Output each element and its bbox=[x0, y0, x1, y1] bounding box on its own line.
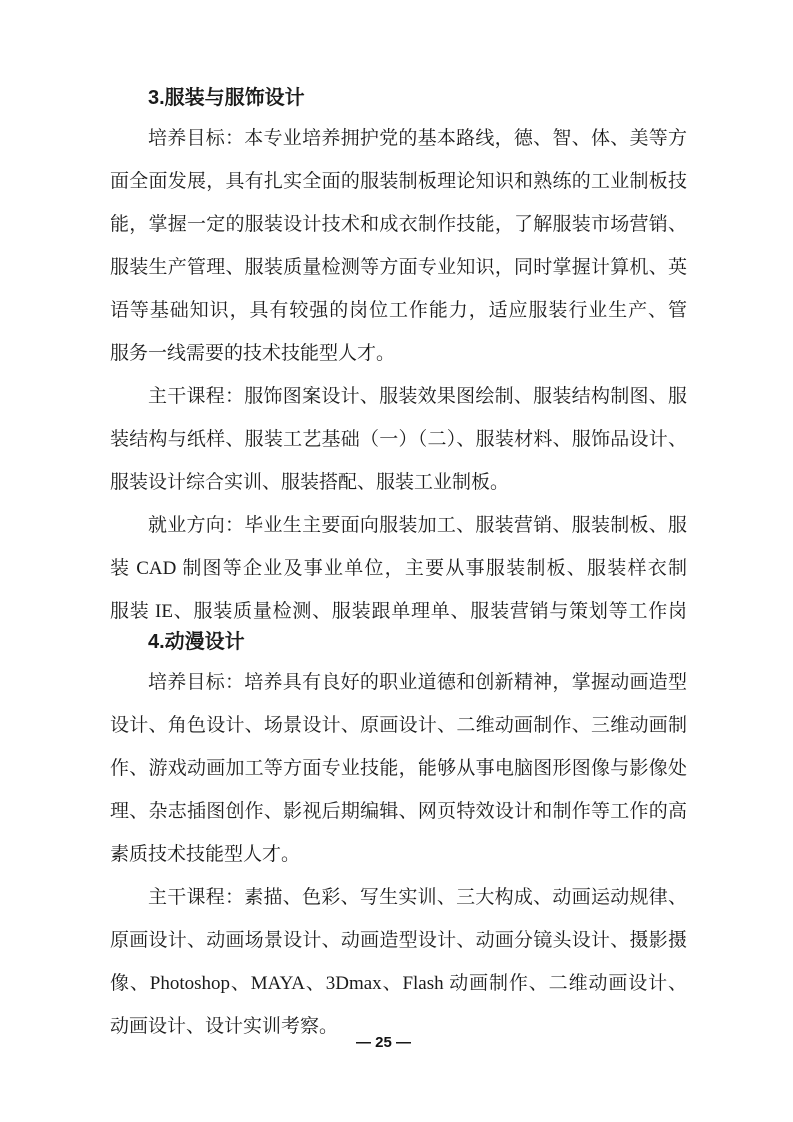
text-line: 服务一线需要的技术技能型人才。 bbox=[110, 332, 687, 375]
text-line: 原画设计、动画场景设计、动画造型设计、动画分镜头设计、摄影摄 bbox=[110, 919, 687, 962]
text-line: 语等基础知识，具有较强的岗位工作能力，适应服装行业生产、管理、 bbox=[110, 289, 687, 332]
text-line: 就业方向：毕业生主要面向服装加工、服装营销、服装制板、服 bbox=[110, 504, 687, 547]
document-page: 3.服装与服饰设计培养目标：本专业培养拥护党的基本路线，德、智、体、美等方面全面… bbox=[0, 0, 793, 1122]
text-line: 装 CAD 制图等企业及事业单位，主要从事服装制板、服装样衣制作、 bbox=[110, 547, 687, 590]
text-line: 像、Photoshop、MAYA、3Dmax、Flash 动画制作、二维动画设计… bbox=[110, 962, 687, 1005]
paragraph: 就业方向：毕业生主要面向服装加工、服装营销、服装制板、服装 CAD 制图等企业及… bbox=[110, 504, 687, 633]
text-line: 理、杂志插图创作、影视后期编辑、网页特效设计和制作等工作的高 bbox=[110, 790, 687, 833]
section-heading: 3.服装与服饰设计 bbox=[110, 79, 687, 117]
text-line: 培养目标：培养具有良好的职业道德和创新精神，掌握动画造型 bbox=[110, 661, 687, 704]
paragraph: 主干课程：素描、色彩、写生实训、三大构成、动画运动规律、原画设计、动画场景设计、… bbox=[110, 876, 687, 1048]
text-line: 素质技术技能型人才。 bbox=[110, 833, 687, 876]
paragraph: 培养目标：培养具有良好的职业道德和创新精神，掌握动画造型设计、角色设计、场景设计… bbox=[110, 661, 687, 876]
text-line: 设计、角色设计、场景设计、原画设计、二维动画制作、三维动画制 bbox=[110, 704, 687, 747]
paragraph: 主干课程：服饰图案设计、服装效果图绘制、服装结构制图、服装结构与纸样、服装工艺基… bbox=[110, 375, 687, 504]
text-line: 面全面发展，具有扎实全面的服装制板理论知识和熟练的工业制板技 bbox=[110, 160, 687, 203]
text-line: 装结构与纸样、服装工艺基础（一）（二）、服装材料、服饰品设计、 bbox=[110, 418, 687, 461]
paragraph: 培养目标：本专业培养拥护党的基本路线，德、智、体、美等方面全面发展，具有扎实全面… bbox=[110, 117, 687, 375]
text-line: 能，掌握一定的服装设计技术和成衣制作技能，了解服装市场营销、 bbox=[110, 203, 687, 246]
text-line: 培养目标：本专业培养拥护党的基本路线，德、智、体、美等方 bbox=[110, 117, 687, 160]
text-line: 服装设计综合实训、服装搭配、服装工业制板。 bbox=[110, 461, 687, 504]
text-line: 主干课程：素描、色彩、写生实训、三大构成、动画运动规律、 bbox=[110, 876, 687, 919]
document-body: 3.服装与服饰设计培养目标：本专业培养拥护党的基本路线，德、智、体、美等方面全面… bbox=[110, 79, 687, 1048]
page-number: — 25 — bbox=[0, 1033, 780, 1053]
text-line: 作、游戏动画加工等方面专业技能，能够从事电脑图形图像与影像处 bbox=[110, 747, 687, 790]
text-line: 服装生产管理、服装质量检测等方面专业知识，同时掌握计算机、英 bbox=[110, 246, 687, 289]
text-line: 主干课程：服饰图案设计、服装效果图绘制、服装结构制图、服 bbox=[110, 375, 687, 418]
